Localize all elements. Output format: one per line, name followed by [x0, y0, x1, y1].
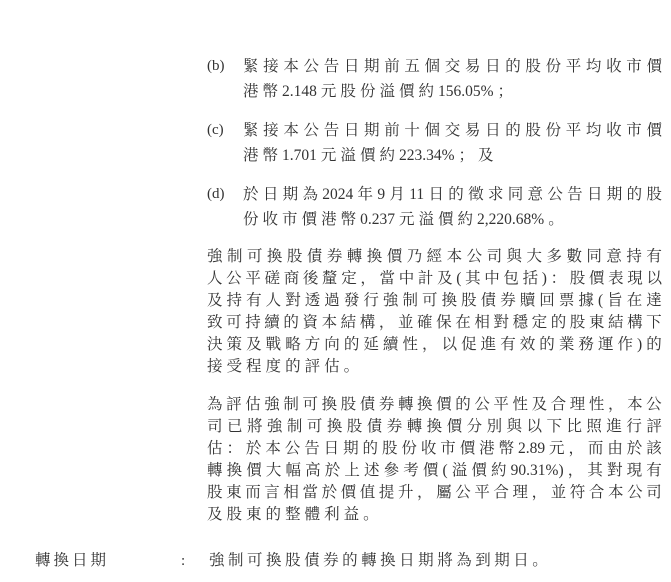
text-run: 的 [627, 182, 643, 207]
text-run: 期 [418, 550, 434, 572]
item-body: 緊接本公告日期前十個交易日的股份平均收市價港幣1.701元溢價約223.34%；… [243, 118, 662, 168]
text-run: 公 [627, 482, 643, 504]
text-run: 策 [227, 334, 243, 356]
text-run: 價 [302, 207, 318, 232]
text-run: 接 [263, 118, 279, 143]
text-run: 可 [247, 246, 263, 268]
text-run: 度 [266, 356, 282, 378]
text-run: 司 [487, 246, 503, 268]
text-run: 券 [387, 416, 403, 438]
text-run: 東 [226, 482, 242, 504]
conversion-date-text: 強制可換股債券的轉換日期將為到期日。 [209, 550, 548, 572]
text-run: 相 [474, 312, 490, 334]
text-run: 評 [226, 394, 242, 416]
text-run: 戰 [266, 334, 282, 356]
text-run: 相 [283, 482, 299, 504]
text-run: 行 [626, 416, 642, 438]
text-run: 照 [586, 416, 602, 438]
text-run: 續 [264, 312, 280, 334]
text-line: 估：於本公告日期的股份收市價港幣2.89元，而由於該 [207, 438, 662, 460]
text-run: 程 [246, 356, 262, 378]
text-run: 價 [589, 268, 605, 290]
text-run: 以 [646, 268, 662, 290]
text-run: 轉 [207, 460, 223, 482]
text-run: 票 [559, 290, 575, 312]
text-run: 日 [72, 550, 88, 572]
text-run: 期 [607, 182, 623, 207]
text-run: 年 [358, 182, 374, 207]
text-run: 分 [467, 416, 483, 438]
text-run: 作 [617, 334, 633, 356]
text-line: 股東而言相當於價值提升，屬公平合理，並符合本公司 [207, 482, 662, 504]
text-run: 估 [245, 394, 261, 416]
text-run: 期 [364, 118, 380, 143]
text-run: 大 [266, 460, 282, 482]
text-run: 日 [344, 118, 360, 143]
text-run: 本 [627, 394, 643, 416]
text-run: 交 [445, 54, 461, 79]
text-run: 告 [324, 54, 340, 79]
text-run: 期 [364, 54, 380, 79]
text-run: 於 [246, 438, 262, 460]
text-run: 計 [418, 268, 434, 290]
text-run: 受 [227, 356, 243, 378]
text-line: 港幣1.701元溢價約223.34%；及 [243, 143, 662, 168]
text-run: 價 [646, 118, 662, 143]
text-run: 的 [455, 394, 471, 416]
text-run: 構 [627, 312, 643, 334]
text-run: 的 [344, 334, 360, 356]
text-run: 換 [367, 246, 383, 268]
text-run: 經 [427, 246, 443, 268]
text-run: 換 [380, 550, 396, 572]
text-run: 過 [324, 290, 340, 312]
text-run: 及 [246, 334, 262, 356]
text-run: 合 [551, 394, 567, 416]
text-run: 數 [566, 246, 582, 268]
text-run: 的 [285, 356, 301, 378]
content-column: (b)緊接本公告日期前五個交易日的股份平均收市價港幣2.148元股份溢價約156… [207, 54, 662, 526]
text-run: 股 [525, 118, 541, 143]
text-run: 價 [360, 143, 376, 168]
text-run: 轉 [347, 246, 363, 268]
numbered-list: (b)緊接本公告日期前五個交易日的股份平均收市價港幣2.148元股份溢價約156… [207, 54, 662, 232]
text-line: 港幣2.148元股份溢價約156.05%； [243, 79, 662, 104]
text-run: 對 [607, 460, 623, 482]
text-run: 收 [606, 54, 622, 79]
text-run: ， [608, 394, 624, 416]
text-run: 幣 [341, 207, 357, 232]
text-run: 其 [465, 268, 481, 290]
text-run: 效 [520, 334, 536, 356]
text-run: 。 [548, 207, 564, 232]
text-run: 的 [551, 312, 567, 334]
text-run: 性 [513, 394, 529, 416]
text-run: 可 [307, 416, 323, 438]
text-line: 及股東的整體利益。 [207, 504, 662, 526]
text-run: 幅 [286, 460, 302, 482]
text-run: 體 [305, 504, 321, 526]
text-run: 份 [360, 79, 376, 104]
text-run: 而 [588, 438, 604, 460]
text-run: 中 [484, 268, 500, 290]
text-run: 強 [264, 394, 280, 416]
text-run: 價 [387, 246, 403, 268]
text-run: 穩 [513, 312, 529, 334]
text-run: 乃 [407, 246, 423, 268]
text-run: 東 [589, 312, 605, 334]
text-run: 易 [465, 54, 481, 79]
text-run: 當 [302, 482, 318, 504]
text-run: 當 [380, 268, 396, 290]
text-run: 0.237 [360, 207, 395, 232]
text-run: 制 [287, 416, 303, 438]
text-run: 換 [327, 416, 343, 438]
text-run: 公 [646, 394, 662, 416]
text-run: 強 [207, 246, 223, 268]
text-run: 日 [485, 118, 501, 143]
text-run: 股 [382, 438, 398, 460]
text-run: 參 [384, 460, 400, 482]
text-line: 強制可換股債券轉換價乃經本公司與大多數同意持有 [207, 246, 662, 268]
text-run: 收 [606, 118, 622, 143]
text-run: 約 [491, 460, 507, 482]
text-run: ( [598, 290, 603, 312]
text-run: 考 [403, 460, 419, 482]
text-run: 2.89 [518, 438, 545, 460]
text-run: 現 [627, 460, 643, 482]
text-run: 股 [347, 416, 363, 438]
text-run: 港 [243, 79, 259, 104]
text-run: 溢 [379, 79, 395, 104]
item-marker: (d) [207, 182, 243, 232]
text-run: 公 [226, 268, 242, 290]
text-run: 進 [481, 334, 497, 356]
text-run: 估 [324, 356, 340, 378]
text-run: 對 [493, 312, 509, 334]
text-run: 進 [606, 416, 622, 438]
text-run: 公 [467, 246, 483, 268]
text-run: 司 [207, 416, 223, 438]
text-run: 同 [508, 182, 524, 207]
text-run: 業 [559, 334, 575, 356]
text-run: 港 [321, 207, 337, 232]
text-run: 強 [267, 416, 283, 438]
text-run: 本 [322, 312, 338, 334]
text-run: 司 [646, 482, 662, 504]
text-line: 緊接本公告日期前十個交易日的股份平均收市價 [243, 118, 662, 143]
text-run: 在 [455, 312, 471, 334]
text-run: 與 [507, 416, 523, 438]
text-run: 表 [608, 268, 624, 290]
text-run: ( [456, 268, 461, 290]
text-run: 本 [265, 438, 281, 460]
text-run: 本 [283, 54, 299, 79]
text-run: 在 [627, 290, 643, 312]
text-run: 前 [384, 118, 400, 143]
item-body: 緊接本公告日期前五個交易日的股份平均收市價港幣2.148元股份溢價約156.05… [243, 54, 662, 104]
text-run: 有 [646, 460, 662, 482]
text-run: 券 [500, 290, 516, 312]
text-run: 換 [442, 290, 458, 312]
text-run: 月 [389, 182, 405, 207]
text-run: 值 [360, 482, 376, 504]
text-run: 評 [646, 416, 662, 438]
text-run: 1.701 [282, 143, 317, 168]
text-run: 港 [243, 143, 259, 168]
text-run: 持 [245, 312, 261, 334]
text-run: 平 [566, 54, 582, 79]
text-run: 換 [54, 550, 70, 572]
text-run: 別 [487, 416, 503, 438]
text-run: ， [360, 268, 376, 290]
text-line: 於日期為2024年9月11日的徵求同意公告日期的股 [243, 182, 662, 207]
text-run: 股 [341, 394, 357, 416]
text-run: 緊 [243, 118, 259, 143]
text-run: 續 [383, 334, 399, 356]
text-run: 多 [546, 246, 562, 268]
text-run: 的 [646, 334, 662, 356]
text-run: 的 [342, 550, 358, 572]
text-run: 制 [227, 246, 243, 268]
text-run: 日 [324, 438, 340, 460]
text-run: 運 [598, 334, 614, 356]
text-line: 司已將強制可換股債券轉換價分別與以下比照進行評 [207, 416, 662, 438]
text-run: 大 [527, 246, 543, 268]
text-run: 約 [418, 79, 434, 104]
text-run: 債 [367, 416, 383, 438]
text-run: 致 [207, 312, 223, 334]
text-run: 價 [341, 482, 357, 504]
text-run: 約 [379, 143, 395, 168]
paragraph-section: 強制可換股債券轉換價乃經本公司與大多數同意持有人公平磋商後釐定，當中計及(其中包… [207, 246, 662, 526]
text-line: 及持有人對透過發行強制可換股債券贖回票據(旨在達 [207, 290, 662, 312]
text-run: 中 [399, 268, 415, 290]
text-run: 本 [447, 246, 463, 268]
text-run: 及 [532, 394, 548, 416]
text-run: 持 [626, 246, 642, 268]
text-run: 制 [228, 550, 244, 572]
text-run: 益 [344, 504, 360, 526]
text-run: 延 [363, 334, 379, 356]
text-run: 東 [246, 504, 262, 526]
text-run: 的 [363, 438, 379, 460]
text-run: 期 [494, 550, 510, 572]
text-run: 述 [364, 460, 380, 482]
text-run: 本 [608, 482, 624, 504]
paragraph: 強制可換股債券轉換價乃經本公司與大多數同意持有人公平磋商後釐定，當中計及(其中包… [207, 246, 662, 378]
text-run: 平 [493, 394, 509, 416]
text-run: 份 [243, 207, 259, 232]
text-run: 及 [437, 268, 453, 290]
text-run: 價 [246, 460, 262, 482]
text-run: 並 [551, 482, 567, 504]
text-run: 並 [398, 312, 414, 334]
text-run: 日 [263, 182, 279, 207]
text-run: 制 [283, 394, 299, 416]
text-run: 告 [324, 118, 340, 143]
text-run: 方 [305, 334, 321, 356]
text-run: 市 [626, 118, 642, 143]
text-run: 股 [340, 79, 356, 104]
text-run: ； [459, 143, 475, 168]
text-run: 已 [227, 416, 243, 438]
text-run: 五 [404, 54, 420, 79]
text-run: 約 [458, 207, 474, 232]
text-run: 元 [399, 207, 415, 232]
text-run: 債 [307, 246, 323, 268]
text-run: 務 [578, 334, 594, 356]
text-run: ， [568, 438, 584, 460]
text-run: 市 [440, 438, 456, 460]
text-run: 達 [646, 290, 662, 312]
text-run: 股 [525, 54, 541, 79]
text-run: 的 [448, 182, 464, 207]
conversion-date-label: 轉換日期 [35, 550, 106, 572]
text-run: 告 [567, 182, 583, 207]
text-run: 日 [344, 54, 360, 79]
text-run: 符 [570, 482, 586, 504]
text-run: 港 [479, 438, 495, 460]
text-run: 價 [438, 207, 454, 232]
colon-separator: : [181, 550, 185, 572]
text-run: 透 [305, 290, 321, 312]
text-run: 易 [465, 118, 481, 143]
text-run: 由 [607, 438, 623, 460]
text-line: 轉換價大幅高於上述參考價(溢價約90.31%)，其對現有 [207, 460, 662, 482]
text-line: 致可持續的資本結構，並確保在相對穩定的股東結構下 [207, 312, 662, 334]
text-run: 理 [570, 394, 586, 416]
text-run: 價 [399, 79, 415, 104]
text-run: 均 [586, 118, 602, 143]
text-line: 為評估強制可換股債券轉換價的公平性及合理性，本公 [207, 394, 662, 416]
text-run: ， [422, 334, 438, 356]
text-run: 日 [485, 54, 501, 79]
text-run: 促 [461, 334, 477, 356]
text-run: ， [532, 482, 548, 504]
text-run: 份 [401, 438, 417, 460]
text-run: 可 [226, 312, 242, 334]
text-run: 向 [324, 334, 340, 356]
text-run: 該 [646, 438, 662, 460]
text-run: 收 [263, 207, 279, 232]
text-run: 合 [493, 482, 509, 504]
text-run: 資 [302, 312, 318, 334]
text-run: 股 [207, 482, 223, 504]
text-run: 公 [474, 394, 490, 416]
text-run: 券 [379, 394, 395, 416]
numbered-item: (c)緊接本公告日期前十個交易日的股份平均收市價港幣1.701元溢價約223.3… [207, 118, 662, 168]
text-run: 將 [437, 550, 453, 572]
text-run: 括 [523, 268, 539, 290]
text-run: 略 [285, 334, 301, 356]
text-run: 及 [478, 143, 494, 168]
text-run: 股 [227, 504, 243, 526]
text-run: 個 [425, 54, 441, 79]
text-run: 制 [402, 290, 418, 312]
text-run: 對 [285, 290, 301, 312]
text-run: 股 [285, 550, 301, 572]
text-run: 據 [578, 290, 594, 312]
text-run: 接 [207, 356, 223, 378]
text-run: 券 [323, 550, 339, 572]
text-run: 下 [546, 416, 562, 438]
text-run: 股 [461, 290, 477, 312]
text-run: 同 [586, 246, 602, 268]
text-run: 換 [266, 550, 282, 572]
text-run: 轉 [407, 416, 423, 438]
text-line: 決策及戰略方向的延續性，以促進有效的業務運作)的 [207, 334, 662, 356]
text-run: 於 [325, 460, 341, 482]
text-run: 價 [447, 416, 463, 438]
text-run: 以 [527, 416, 543, 438]
numbered-item: (b)緊接本公告日期前五個交易日的股份平均收市價港幣2.148元股份溢價約156… [207, 54, 662, 104]
text-run: 現 [627, 268, 643, 290]
text-run: 屬 [436, 482, 452, 504]
text-run: 定 [532, 312, 548, 334]
text-run: 估 [207, 438, 223, 460]
text-run: 於 [243, 182, 259, 207]
text-run: 徵 [468, 182, 484, 207]
text-run: 日 [428, 182, 444, 207]
text-run: 2,220.68% [477, 207, 544, 232]
text-run: 贖 [520, 290, 536, 312]
text-run: 高 [305, 460, 321, 482]
text-run: 2.148 [282, 79, 317, 104]
text-run: 升 [398, 482, 414, 504]
text-run: 發 [344, 290, 360, 312]
text-run: 9 [377, 182, 385, 207]
text-run: 日 [513, 550, 529, 572]
text-run: 可 [302, 394, 318, 416]
text-run: 元 [321, 79, 337, 104]
text-run: 構 [360, 312, 376, 334]
text-run: 求 [488, 182, 504, 207]
text-run: 日 [587, 182, 603, 207]
text-run: 人 [266, 290, 282, 312]
text-run: 為 [456, 550, 472, 572]
text-run: 換 [267, 246, 283, 268]
text-run: 市 [626, 54, 642, 79]
numbered-item: (d)於日期為2024年9月11日的徵求同意公告日期的股份收市價港幣0.237元… [207, 182, 662, 232]
document-page: (b)緊接本公告日期前五個交易日的股份平均收市價港幣2.148元股份溢價約156… [0, 0, 671, 582]
text-run: 有 [500, 334, 516, 356]
text-run: 份 [546, 54, 562, 79]
text-run: 有 [646, 246, 662, 268]
text-run: 156.05% [438, 79, 494, 104]
text-run: 幣 [263, 79, 279, 104]
text-run: 磋 [265, 268, 281, 290]
text-run: ， [568, 460, 584, 482]
text-run: 元 [549, 438, 565, 460]
text-run: 券 [327, 246, 343, 268]
text-run: 言 [264, 482, 280, 504]
text-run: 以 [442, 334, 458, 356]
text-run: 利 [324, 504, 340, 526]
text-run: 決 [207, 334, 223, 356]
text-run: 確 [417, 312, 433, 334]
text-run: 可 [422, 290, 438, 312]
text-run: 公 [547, 182, 563, 207]
text-run: ) [542, 268, 547, 290]
text-run: 保 [436, 312, 452, 334]
text-run: 於 [627, 438, 643, 460]
text-run: 期 [343, 438, 359, 460]
text-run: 為 [302, 182, 318, 207]
text-run: 理 [513, 482, 529, 504]
text-run: ) [637, 334, 642, 356]
text-run: 及 [207, 504, 223, 526]
